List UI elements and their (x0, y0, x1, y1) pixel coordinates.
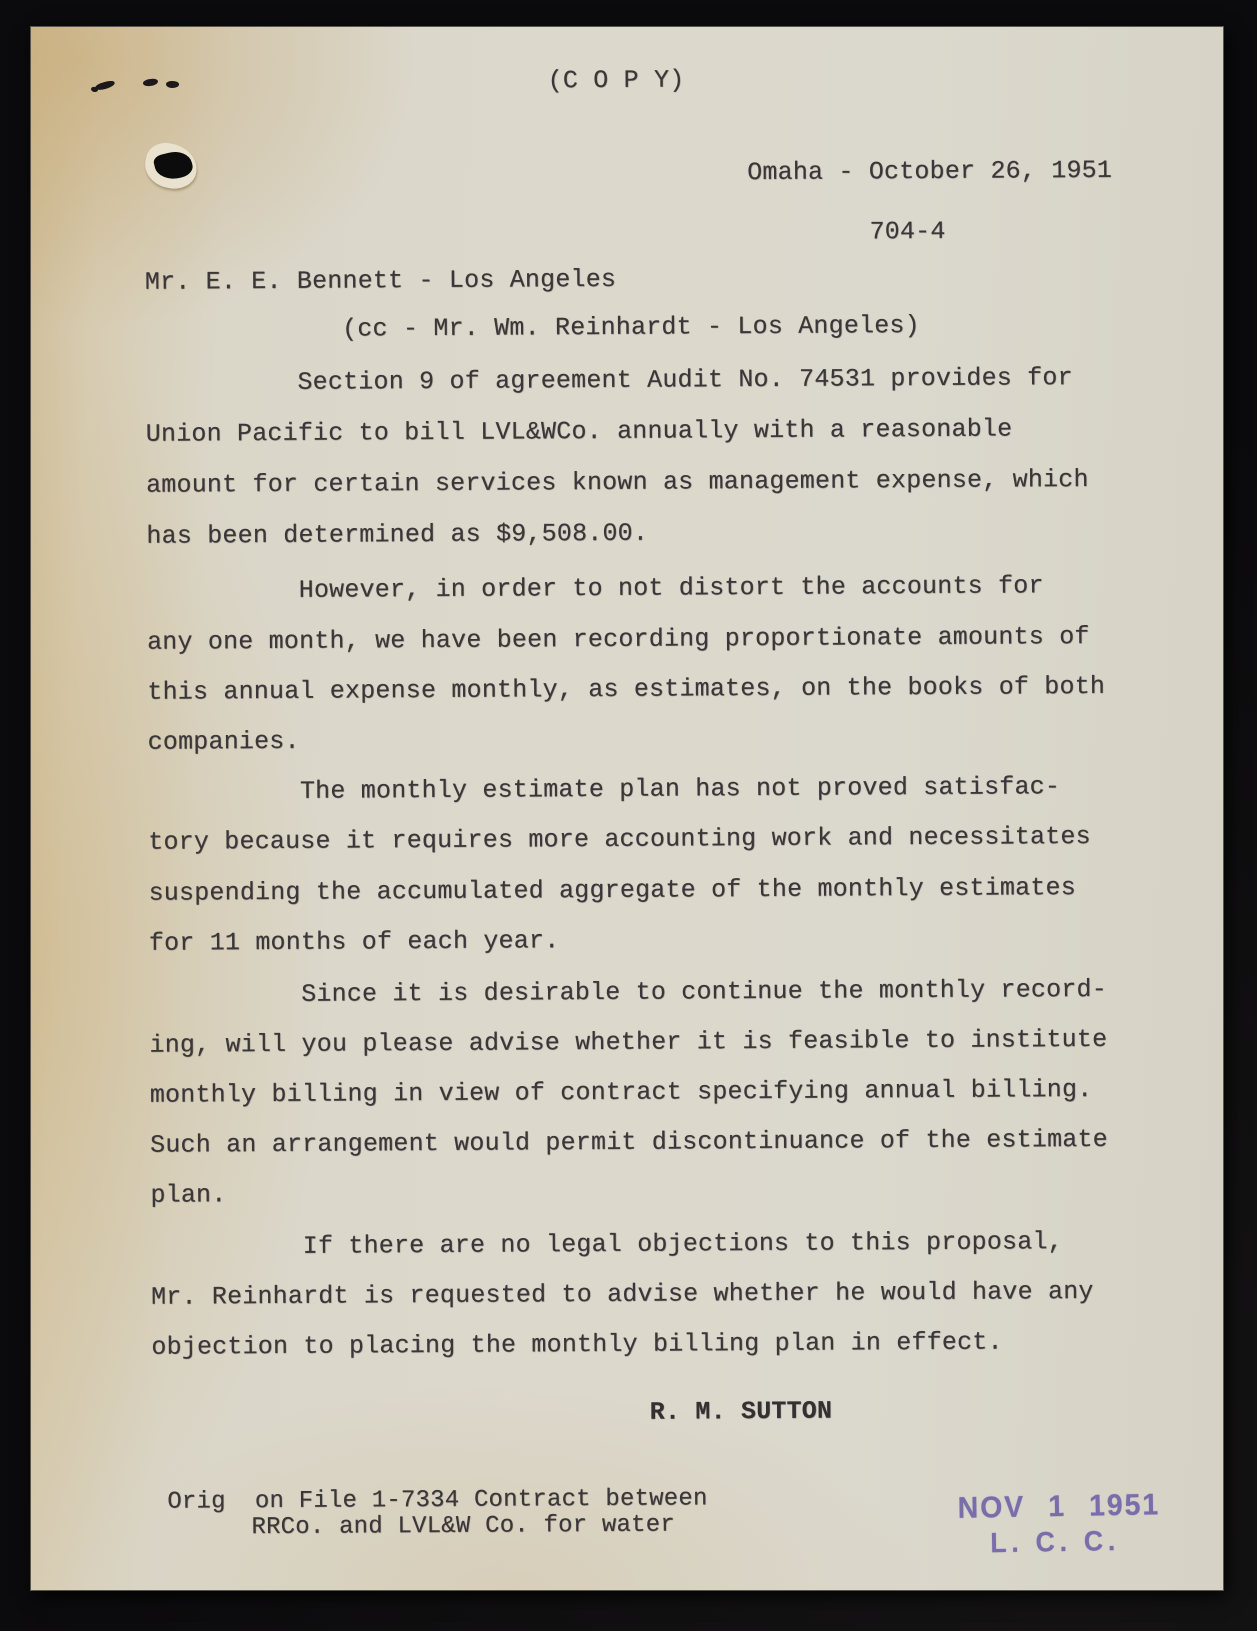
body-line: monthly billing in view of contract spec… (150, 1077, 1093, 1108)
signature: R. M. SUTTON (650, 1399, 833, 1425)
body-line: any one month, we have been recording pr… (147, 624, 1090, 655)
body-line: plan. (150, 1182, 226, 1207)
body-line: suspending the accumulated aggregate of … (148, 875, 1075, 906)
letter-content: (C O P Y) Omaha - October 26, 1951 704-4… (0, 0, 1257, 1631)
dateline: Omaha - October 26, 1951 (747, 158, 1112, 185)
file-note-line: RRCo. and LVL&W Co. for water (251, 1513, 675, 1541)
file-number: 704-4 (869, 219, 945, 244)
body-line: this annual expense monthly, as estimate… (147, 674, 1105, 705)
file-note-line: Orig on File 1-7334 Contract between (167, 1486, 707, 1514)
body-line: The monthly estimate plan has not proved… (300, 774, 1060, 804)
received-date-stamp: NOV 1 1951 L. C. C. (957, 1488, 1171, 1560)
stamp-date: NOV 1 1951 (957, 1488, 1160, 1526)
body-line: Such an arrangement would permit discont… (150, 1127, 1108, 1158)
body-line: Section 9 of agreement Audit No. 74531 p… (297, 365, 1072, 395)
body-line: tory because it requires more accounting… (148, 824, 1091, 855)
body-line: Mr. Reinhardt is requested to advise whe… (151, 1279, 1094, 1310)
body-line: ing, will you please advise whether it i… (149, 1027, 1107, 1058)
body-line: Since it is desirable to continue the mo… (301, 977, 1107, 1007)
body-line: If there are no legal objections to this… (303, 1229, 1063, 1259)
cc-line: (cc - Mr. Wm. Reinhardt - Los Angeles) (342, 313, 920, 342)
body-line: for 11 months of each year. (149, 928, 560, 956)
body-line: companies. (148, 729, 300, 755)
body-line: objection to placing the monthly billing… (151, 1330, 1002, 1360)
stamp-initials: L. C. C. (990, 1524, 1163, 1559)
addressee: Mr. E. E. Bennett - Los Angeles (145, 267, 616, 295)
body-line: amount for certain services known as man… (146, 467, 1089, 498)
copy-label: (C O P Y) (548, 67, 685, 93)
body-line: has been determined as $9,508.00. (146, 521, 648, 549)
body-line: Union Pacific to bill LVL&WCo. annually … (146, 416, 1013, 446)
body-line: However, in order to not distort the acc… (299, 573, 1044, 603)
